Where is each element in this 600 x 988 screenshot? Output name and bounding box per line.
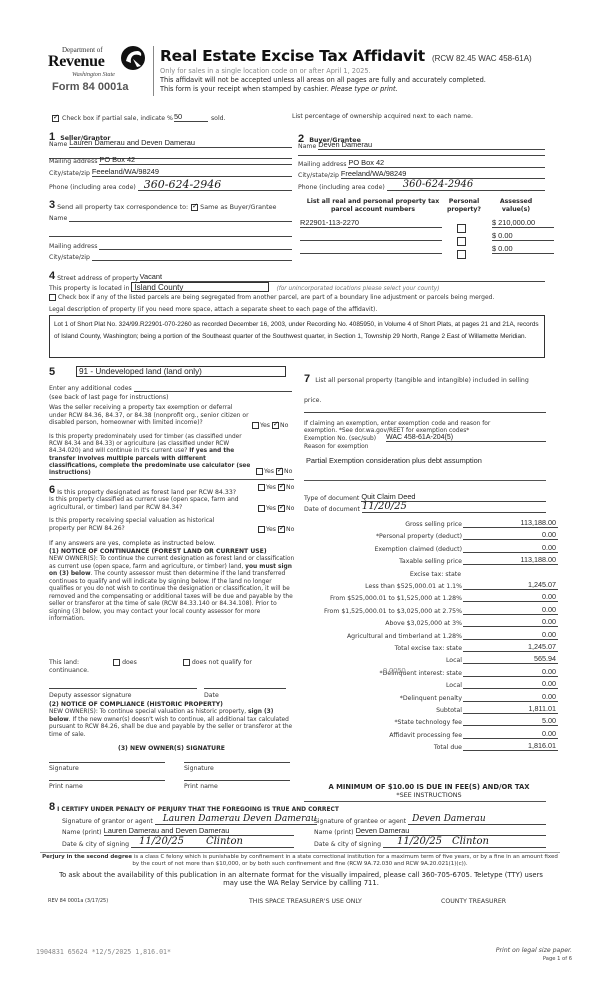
forest-q1: 6 Is this property designated as forest …: [49, 484, 236, 496]
tax-row-value[interactable]: 1,811.01: [463, 704, 558, 714]
grantor-date-field: Date & city of signing 11/20/25 Clinton: [62, 836, 294, 848]
tax-row: Local0.00: [300, 678, 558, 689]
deputy-signature-label: Deputy assessor signature: [49, 692, 131, 699]
county-select[interactable]: Island County: [131, 282, 269, 292]
see-instructions-note: *SEE INSTRUCTIONS: [300, 791, 558, 799]
parcel-row: $ 0.00: [300, 244, 546, 254]
subtitle-3-plain: This form is your receipt when stamped b…: [160, 85, 329, 93]
parcel-value-input[interactable]: $ 210,000.00: [492, 218, 554, 228]
certify-heading: 8 I CERTIFY UNDER PENALTY OF PERJURY THA…: [49, 801, 339, 813]
parcel-row: R22901-113-2270 $ 210,000.00: [300, 218, 546, 228]
tax-row-label: *State technology fee: [394, 719, 462, 726]
form-number: Form 84 0001a: [52, 81, 128, 93]
subtitle-3-italic: Please type or print.: [331, 85, 398, 93]
parcel-number-input[interactable]: R22901-113-2270: [300, 218, 442, 228]
forest-q1-yes-checkbox[interactable]: [258, 484, 265, 491]
deputy-date-line[interactable]: [204, 688, 286, 689]
timber-question-answer: Yes No: [256, 468, 292, 475]
parcel-number-input[interactable]: [300, 244, 442, 254]
segregated-checkbox[interactable]: [49, 294, 56, 301]
tax-row: Agricultural and timberland at 1.28%0.00: [300, 629, 558, 640]
tax-row-value[interactable]: 1,816.01: [463, 741, 558, 751]
title-citation: (RCW 82.45 WAC 458-61A): [432, 54, 532, 63]
document-date-input[interactable]: 11/20/25: [362, 502, 546, 513]
exemption-reason-line: [304, 480, 546, 481]
correspondence-heading: 3 Send all property tax correspondence t…: [49, 199, 276, 211]
buyer-city-input[interactable]: Freeland/WA/98249: [341, 169, 545, 179]
parcel-col2-header: Personal property?: [446, 198, 482, 214]
buyer-phone-field: Phone (including area code) 360-624-2946: [298, 180, 545, 191]
minimum-due-note: A MINIMUM OF $10.00 IS DUE IN FEE(S) AND…: [300, 783, 558, 791]
buyer-name-line2[interactable]: [298, 155, 545, 156]
tax-row-value[interactable]: 0.00: [463, 592, 558, 602]
grantee-signature-field: Signature of grantee or agent Deven Dame…: [314, 814, 546, 825]
forest-instructions: If any answers are yes, complete as inst…: [49, 540, 215, 547]
tax-row-value[interactable]: 0.00: [463, 692, 558, 702]
grantee-name-input[interactable]: Deven Damerau: [356, 826, 546, 836]
tax-row-value[interactable]: 5.00: [463, 716, 558, 726]
seller-phone-input[interactable]: 360-624-2946: [138, 179, 292, 191]
seller-mailing-field: Mailing address PO Box 42: [49, 155, 292, 165]
tax-row-value[interactable]: 0.00: [463, 617, 558, 627]
tax-row: Less than $525,000.01 at 1.1%1,245.07: [300, 579, 558, 590]
partial-sale-checkbox[interactable]: [52, 115, 59, 122]
tax-row-value[interactable]: 0.00: [463, 729, 558, 739]
tax-row-label: Local: [446, 657, 462, 664]
seller-city-field: City/state/zip Feeeland/WA/98249: [49, 167, 292, 177]
tax-row: Excise tax: state: [300, 567, 558, 578]
parcel-number-input[interactable]: [300, 231, 442, 241]
perjury-divider: [40, 852, 560, 853]
forest-q3-yes-checkbox[interactable]: [258, 526, 265, 533]
tax-row: *State technology fee5.00: [300, 715, 558, 726]
personal-property-label: 7 List all personal property (tangible a…: [304, 367, 540, 407]
tax-row: *Delinquent penalty0.00: [300, 691, 558, 702]
exemption-yes-checkbox[interactable]: [252, 422, 259, 429]
ownership-note: List percentage of ownership acquired ne…: [292, 113, 473, 120]
timber-question: Is this property predominately used for …: [49, 434, 251, 477]
page-number: Page 1 of 6: [543, 956, 572, 962]
owner-print-line-1[interactable]: [49, 780, 165, 781]
deputy-signature-line[interactable]: [49, 688, 197, 689]
correspondence-city-input[interactable]: [92, 253, 292, 261]
print-note: Print on legal size paper.: [496, 947, 572, 954]
timber-yes-checkbox[interactable]: [256, 468, 263, 475]
perjury-notice: Perjury in the second degree is a class …: [40, 854, 560, 867]
exemption-reason-input[interactable]: Partial Exemption consideration plus deb…: [306, 456, 482, 465]
parcel-value-input[interactable]: $ 0.00: [492, 231, 554, 241]
new-owner-signature-title: (3) NEW OWNER(S) SIGNATURE: [49, 745, 294, 752]
tax-row-value[interactable]: 0.00: [463, 530, 558, 540]
tax-row: Gross selling price113,188.00: [300, 517, 558, 528]
owner-print-line-2[interactable]: [184, 780, 290, 781]
tax-row-label: Subtotal: [436, 707, 462, 714]
tax-row-label: Exemption claimed (deduct): [374, 546, 462, 553]
parcel-row: $ 0.00: [300, 231, 546, 241]
parcel-col3-header: Assessed value(s): [486, 198, 546, 214]
notice-compliance-text: NEW OWNER(S): To continue special valuat…: [49, 709, 297, 739]
page-title: Real Estate Excise Tax Affidavit: [160, 47, 425, 65]
tax-row-label: *Personal property (deduct): [376, 533, 462, 540]
correspondence-city-field: City/state/zip: [49, 253, 292, 261]
forest-q3: Is this property receiving special valua…: [49, 517, 239, 532]
seller-mailing-input[interactable]: PO Box 42: [99, 155, 292, 165]
same-as-buyer-checkbox[interactable]: [191, 204, 198, 211]
parcel-col1-header: List all real and personal property tax …: [302, 198, 444, 214]
correspondence-name-input[interactable]: [69, 214, 292, 222]
tax-bottom-divider: [304, 801, 546, 802]
partial-sale-percent[interactable]: 50: [174, 112, 208, 122]
document-date-field: Date of document 11/20/25: [304, 502, 546, 513]
grantor-date-input[interactable]: 11/20/25 Clinton: [131, 836, 294, 848]
tax-row: From $525,000.01 to $1,525,000 at 1.28%0…: [300, 591, 558, 602]
exemption-number-field: Exemption No. (sec/sub) WAC 458-61A-204(…: [304, 434, 546, 442]
signature-label-1: Signature: [49, 765, 79, 772]
exemption-question: Was the seller receiving a property tax …: [49, 404, 249, 427]
grantor-signature-field: Signature of grantor or agent Lauren Dam…: [62, 814, 312, 825]
legal-description-text: Lot 1 of Short Plat No. 324/99.R22901-07…: [54, 319, 540, 343]
revision-label: REV 84 0001a (3/17/25): [48, 898, 108, 904]
tax-row: From $1,525,000.01 to $3,025,000 at 2.75…: [300, 604, 558, 615]
tax-row: Exemption claimed (deduct)0.00: [300, 542, 558, 553]
print-name-label-1: Print name: [49, 783, 83, 790]
document-type-field: Type of document Quit Claim Deed: [304, 492, 546, 502]
buyer-mailing-field: Mailing address PO Box 42: [298, 158, 545, 168]
agency-line3: Washington State: [72, 71, 115, 78]
buyer-mailing-input[interactable]: PO Box 42: [348, 158, 545, 168]
land-does-checkbox[interactable]: [113, 659, 120, 666]
agency-logo: Department of Revenue Washington State F…: [48, 44, 150, 96]
this-land-row: This land: does does not qualify for: [49, 659, 252, 666]
tax-row-value[interactable]: 1,245.07: [463, 642, 558, 652]
exemption-question-answer: Yes No: [252, 422, 288, 429]
legal-description-box[interactable]: Lot 1 of Short Plat No. 324/99.R22901-07…: [49, 315, 545, 358]
tax-row: Affidavit processing fee0.00: [300, 728, 558, 739]
grantor-name-input[interactable]: Lauren Damerau and Deven Damerau: [104, 826, 294, 836]
parcel-personal-checkbox[interactable]: [457, 250, 466, 259]
tax-row-label: Agricultural and timberland at 1.28%: [347, 633, 462, 640]
timber-no-checkbox[interactable]: [276, 468, 283, 475]
tax-row: Above $3,025,000 at 3%0.00: [300, 616, 558, 627]
signature-label-2: Signature: [184, 765, 214, 772]
tax-row-label: From $525,000.01 to $1,525,000 at 1.28%: [330, 595, 462, 602]
tax-row: *Personal property (deduct)0.00: [300, 529, 558, 540]
use-code-select[interactable]: 91 - Undeveloped land (land only): [76, 366, 286, 377]
additional-codes-input[interactable]: [134, 385, 292, 392]
county-note: (for unincorporated locations please sel…: [276, 286, 439, 292]
accessibility-notice: To ask about the availability of this pu…: [56, 872, 546, 887]
tax-row-value[interactable]: 1,245.07: [463, 580, 558, 590]
tax-row-value[interactable]: 113,188.00: [463, 518, 558, 528]
county-row: This property is located in Island Count…: [49, 282, 440, 292]
partial-sale-sold: sold.: [211, 115, 226, 122]
seller-city-input[interactable]: Feeeland/WA/98249: [92, 167, 292, 177]
partial-sale-label: Check box if partial sale, indicate %: [62, 115, 173, 122]
section5-divider: [49, 479, 294, 480]
forest-q2-answer: Yes No: [258, 505, 294, 512]
tax-row-label: Less than $525,000.01 at 1.1%: [365, 583, 462, 590]
tax-row-label: From $1,525,000.01 to $3,025,000 at 2.75…: [324, 608, 462, 615]
agency-line2: Revenue: [48, 53, 105, 71]
grantee-date-field: Date & city of signing 11/20/25 Clinton: [314, 836, 546, 848]
print-name-label-2: Print name: [184, 783, 218, 790]
grantee-name-field: Name (print) Deven Damerau: [314, 826, 546, 836]
tax-row: Subtotal1,811.01: [300, 703, 558, 714]
additional-codes-note: (see back of last page for instructions): [49, 394, 169, 401]
tax-row-label: Gross selling price: [405, 521, 462, 528]
tax-row-value[interactable]: 0.00: [463, 679, 558, 689]
grantee-signature-input[interactable]: Deven Damerau: [408, 814, 546, 825]
correspondence-name-field: Name: [49, 214, 292, 222]
tax-row-label: Total due: [434, 744, 462, 751]
forest-q2-no-checkbox[interactable]: [278, 505, 285, 512]
use-code-number: 5: [49, 366, 55, 378]
forest-q3-no-checkbox[interactable]: [278, 526, 285, 533]
continuance-label: continuance.: [49, 667, 89, 674]
tax-row: Local565.94: [300, 653, 558, 664]
tax-row-label: Taxable selling price: [399, 558, 462, 565]
seller-name-input[interactable]: Lauren Damerau and Deven Damerau: [69, 138, 292, 148]
owner-signature-line-2[interactable]: [184, 762, 290, 763]
correspondence-name-line2[interactable]: [49, 236, 292, 237]
seller-name-field: Name Lauren Damerau and Deven Damerau: [49, 138, 292, 148]
tax-row-value[interactable]: 0.00: [463, 543, 558, 553]
personal-property-input[interactable]: [304, 412, 546, 413]
tax-row: Taxable selling price113,188.00: [300, 554, 558, 565]
grantor-name-field: Name (print) Lauren Damerau and Deven Da…: [62, 826, 294, 836]
tax-row-value[interactable]: 565.94: [463, 654, 558, 664]
buyer-name-field: Name Deven Damerau: [298, 140, 545, 150]
header-divider: [153, 46, 154, 96]
forest-q1-answer: Yes No: [258, 484, 294, 491]
forest-q1-no-checkbox[interactable]: [278, 484, 285, 491]
revenue-logo-icon: [120, 45, 146, 71]
tax-row: Total due1,816.01: [300, 740, 558, 751]
grantee-date-input[interactable]: 11/20/25 Clinton: [383, 836, 546, 848]
tax-row-label: *Delinquent penalty: [400, 695, 462, 702]
exemption-number-input[interactable]: WAC 458-61A-204(5): [386, 434, 546, 442]
tax-row-label: Above $3,025,000 at 3%: [385, 620, 462, 627]
correspondence-mailing-field: Mailing address: [49, 242, 292, 250]
grantor-signature-input[interactable]: Lauren Damerau Deven Damerau: [155, 814, 317, 825]
subtitle-1: Only for sales in a single location code…: [160, 67, 371, 75]
subtitle-2: This affidavit will not be accepted unle…: [160, 76, 486, 84]
subtitle-3: This form is your receipt when stamped b…: [160, 85, 398, 93]
tax-row: *Delinquent interest: state0.00: [300, 666, 558, 677]
segregated-row: Check box if any of the listed parcels a…: [49, 294, 494, 301]
additional-codes-field: Enter any additional codes: [49, 385, 292, 392]
treasurer-stamp: 1904831 65624 *12/5/2025 1,816.01*: [36, 948, 171, 956]
exemption-no-checkbox[interactable]: [272, 422, 279, 429]
deputy-date-label: Date: [204, 692, 219, 699]
tax-row-value[interactable]: 0.00: [463, 605, 558, 615]
page-title-row: Real Estate Excise Tax Affidavit (RCW 82…: [160, 46, 532, 65]
parcel-value-input[interactable]: $ 0.00: [492, 244, 554, 254]
legal-description-label: Legal description of property (if you ne…: [49, 306, 377, 313]
land-does-not-checkbox[interactable]: [183, 659, 190, 666]
tax-row-value[interactable]: 0.00: [463, 630, 558, 640]
forest-q2-yes-checkbox[interactable]: [258, 505, 265, 512]
tax-row-label: Affidavit processing fee: [389, 732, 462, 739]
notice-continuance-title: (1) NOTICE OF CONTINUANCE (FOREST LAND O…: [49, 548, 267, 555]
tax-row-label: Total excise tax: state: [395, 645, 462, 652]
street-address-input[interactable]: Vacant: [140, 272, 545, 282]
notice-continuance-text: NEW OWNER(S): To continue the current de…: [49, 556, 297, 624]
local-rate: 0.0050: [383, 666, 406, 675]
seller-phone-field: Phone (including area code) 360-624-2946: [49, 179, 292, 191]
tax-row-label: Excise tax: state: [410, 571, 461, 578]
treasurer-use-label: THIS SPACE TREASURER'S USE ONLY: [249, 898, 362, 905]
notice-compliance-title: (2) NOTICE OF COMPLIANCE (HISTORIC PROPE…: [49, 701, 223, 708]
buyer-city-field: City/state/zip Freeland/WA/98249: [298, 169, 545, 179]
correspondence-mailing-input[interactable]: [99, 242, 292, 250]
exemption-reason-label: Reason for exemption: [304, 444, 369, 450]
forest-q3-answer: Yes No: [258, 526, 294, 533]
tax-row-value[interactable]: 113,188.00: [463, 555, 558, 565]
tax-row-label: Local: [446, 682, 462, 689]
buyer-phone-input[interactable]: 360-624-2946: [387, 180, 545, 191]
forest-q2: Is this property classified as current u…: [49, 496, 249, 511]
partial-sale-row: Check box if partial sale, indicate % 50…: [52, 112, 226, 122]
street-address-field: 4 Street address of property Vacant: [49, 270, 545, 282]
owner-signature-line-1[interactable]: [49, 762, 165, 763]
county-treasurer-label: COUNTY TREASURER: [441, 898, 506, 905]
tax-row-value[interactable]: 0.00: [463, 667, 558, 677]
tax-row: Total excise tax: state1,245.07: [300, 641, 558, 652]
buyer-name-input[interactable]: Deven Damerau: [318, 140, 545, 150]
